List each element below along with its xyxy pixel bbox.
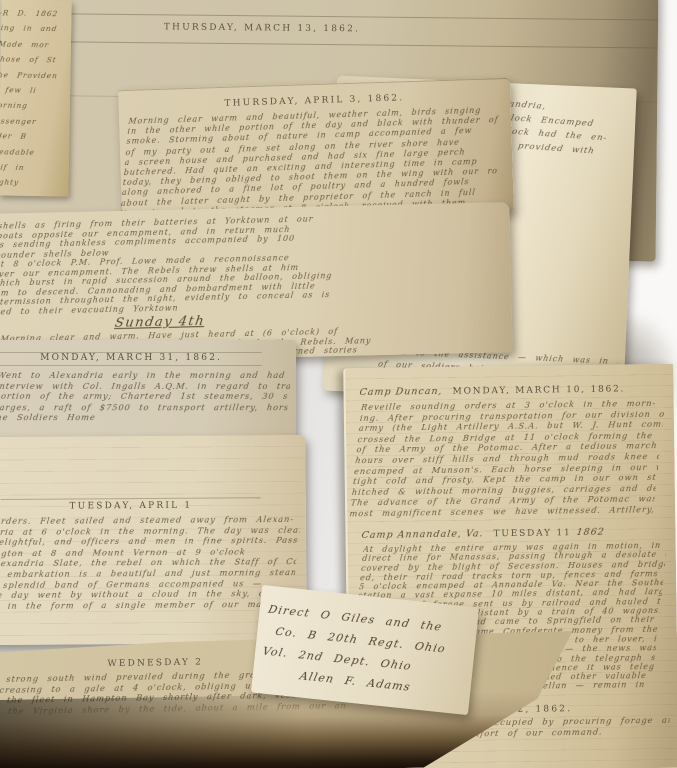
handwriting-paragraph: R D. 1862ing in andMade morthose of Stth… xyxy=(0,0,72,197)
handwriting-paragraph: shells as firing from their batteries at… xyxy=(0,210,503,317)
header-row-march-11: Camp Annandale, Va.TUESDAY 11 1862 xyxy=(361,518,667,541)
printed-date-header-april-1: TUESDAY, APRIL 1 xyxy=(0,497,261,512)
handwritten-camp-duncan: Camp Duncan, xyxy=(359,386,443,398)
printed-date-header-march-31: MONDAY, MARCH 31, 1862. xyxy=(0,352,262,366)
address-slip: Direct O Giles and theCo. B 20th Regt. O… xyxy=(251,585,479,715)
diary-page-march-31: MONDAY, MARCH 31, 1862. Went to Alexandr… xyxy=(0,340,296,444)
handwriting-paragraph: orders. Fleet sailed and steamed away fr… xyxy=(0,514,302,612)
handwritten-year-1862: 1862 xyxy=(576,526,606,537)
protruding-page-strip: R D. 1862ing in andMade morthose of Stth… xyxy=(0,0,72,197)
ruled-line xyxy=(0,40,658,48)
handwriting-paragraph: Direct O Giles and theCo. B 20th Regt. O… xyxy=(242,598,478,703)
rolled-page-shadow xyxy=(0,693,411,768)
handwriting-paragraph: Reveille sounding orders at 3 o'clock in… xyxy=(349,398,666,519)
handwritten-camp-annandale: Camp Annandale, Va. xyxy=(361,528,484,541)
photo-of-diary-pages: THURSDAY, MARCH 13, 1862. for Alexandria… xyxy=(0,0,677,768)
printed-date-header-tuesday-11: TUESDAY 11 xyxy=(493,528,571,539)
header-row-march-10: Camp Duncan,MONDAY, MARCH 10, 1862. xyxy=(359,376,665,399)
printed-date-header-march-10: MONDAY, MARCH 10, 1862. xyxy=(452,384,625,396)
ruled-line xyxy=(0,12,658,20)
handwriting-paragraph: Went to Alexandria early in the morning … xyxy=(0,370,292,423)
printed-date-header-march-13: THURSDAY, MARCH 13, 1862. xyxy=(0,20,538,36)
